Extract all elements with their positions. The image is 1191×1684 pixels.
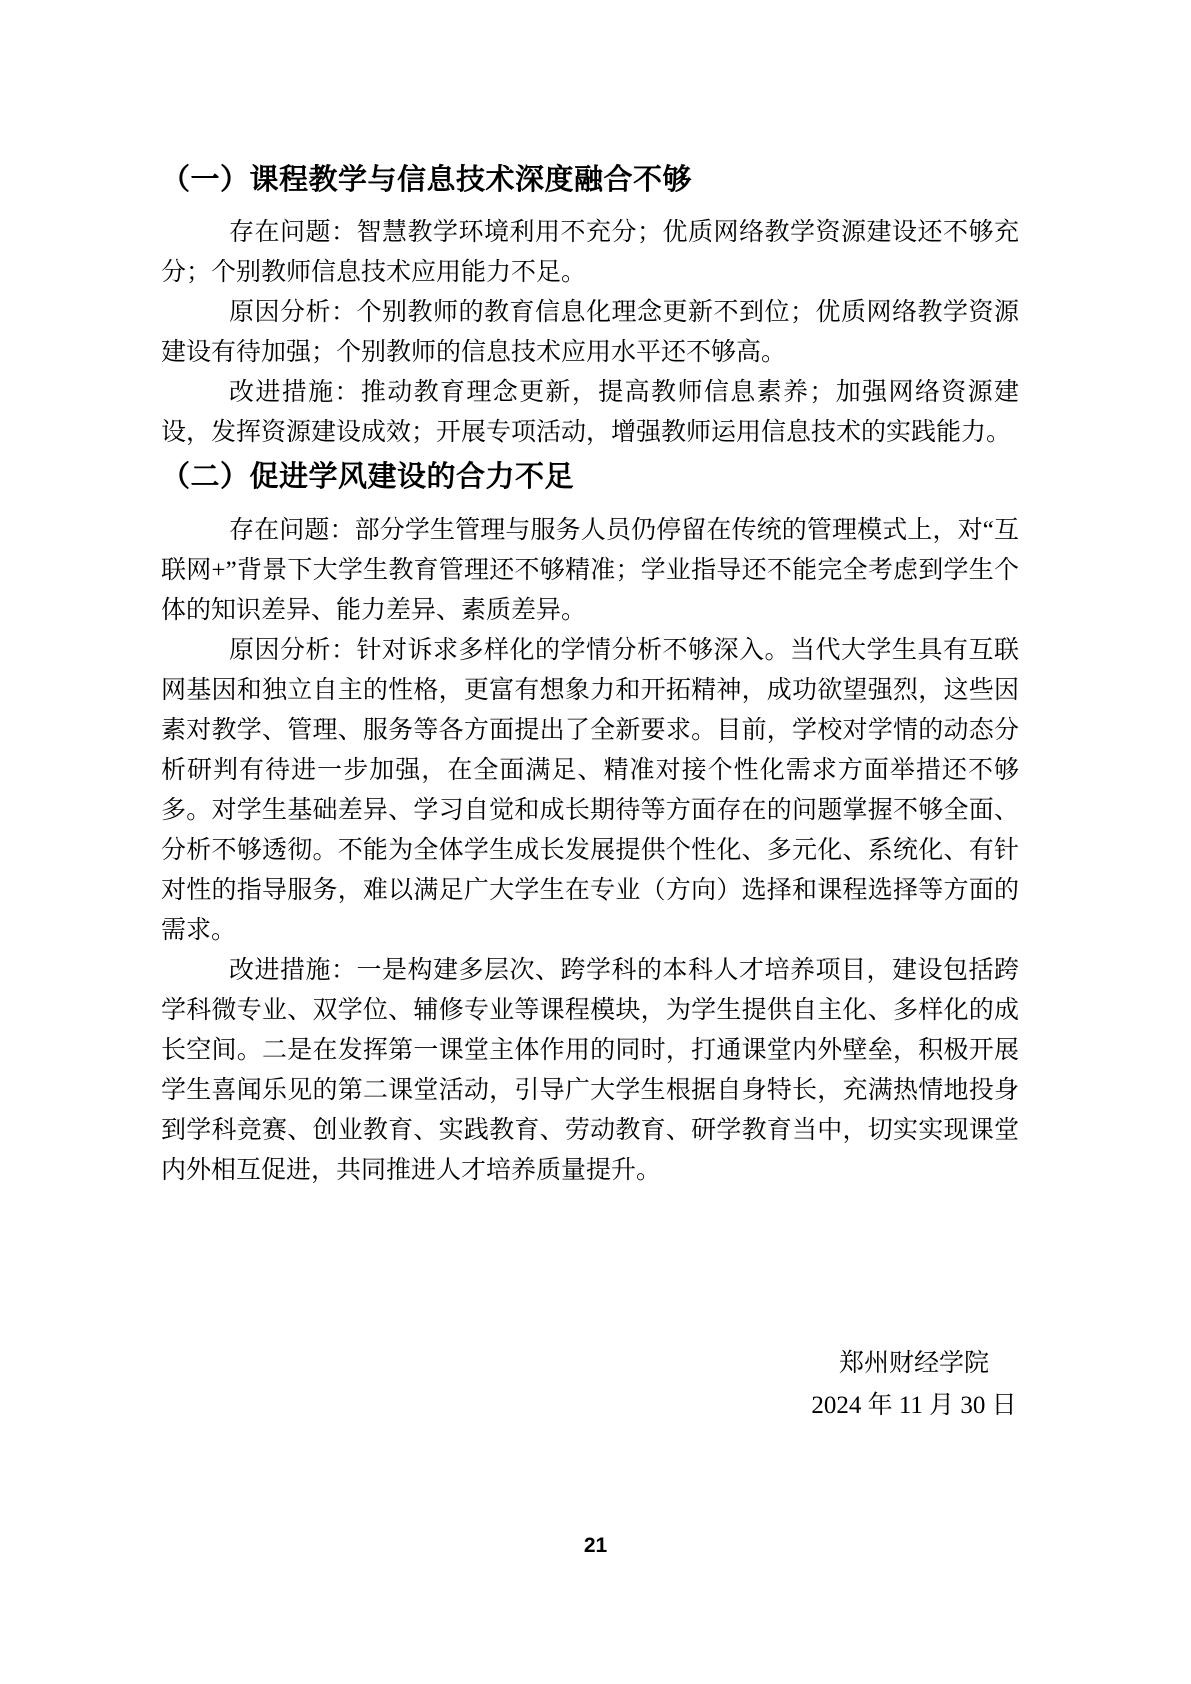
paragraph-improvement-measures-2: 改进措施：一是构建多层次、跨学科的本科人才培养项目，建设包括跨学科微专业、双学位… <box>161 951 1019 1191</box>
signature-date: 2024 年 11 月 30 日 <box>809 1385 1019 1427</box>
paragraph-problems-2: 存在问题：部分学生管理与服务人员仍停留在传统的管理模式上，对“互联网+”背景下大… <box>161 511 1019 631</box>
section-heading-2: （二）促进学风建设的合力不足 <box>161 455 1019 499</box>
section-heading-1: （一）课程教学与信息技术深度融合不够 <box>161 158 1019 202</box>
document-page: （一）课程教学与信息技术深度融合不够 存在问题：智慧教学环境利用不充分；优质网络… <box>0 0 1191 1684</box>
paragraph-problems-1: 存在问题：智慧教学环境利用不充分；优质网络教学资源建设还不够充分；个别教师信息技… <box>161 213 1019 293</box>
signature-block: 郑州财经学院 2024 年 11 月 30 日 <box>809 1343 1019 1427</box>
paragraph-cause-analysis-2: 原因分析：针对诉求多样化的学情分析不够深入。当代大学生具有互联网基因和独立自主的… <box>161 631 1019 951</box>
signature-org: 郑州财经学院 <box>809 1343 1019 1385</box>
paragraph-improvement-measures-1: 改进措施：推动教育理念更新，提高教师信息素养；加强网络资源建设，发挥资源建设成效… <box>161 373 1019 453</box>
page-number: 21 <box>0 1534 1191 1558</box>
paragraph-cause-analysis-1: 原因分析：个别教师的教育信息化理念更新不到位；优质网络教学资源建设有待加强；个别… <box>161 293 1019 373</box>
